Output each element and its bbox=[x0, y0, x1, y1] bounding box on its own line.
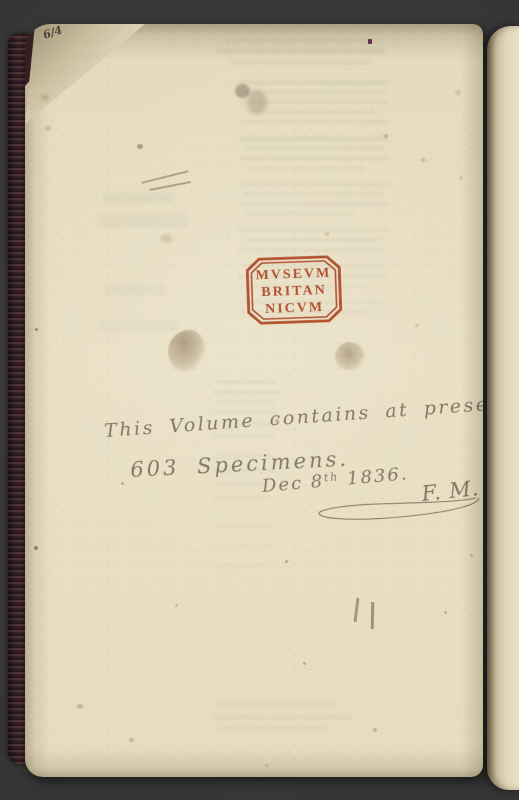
show-through-line bbox=[245, 146, 385, 150]
show-through-line bbox=[213, 482, 269, 486]
foxing-spot bbox=[303, 662, 306, 665]
show-through-line bbox=[241, 120, 389, 124]
show-through-line bbox=[245, 110, 375, 114]
foxing-spot bbox=[137, 144, 143, 149]
photo-backdrop: 6/4 MVSEVM BRITAN NICVM This Volume cont… bbox=[0, 0, 519, 800]
show-through-line bbox=[213, 564, 267, 568]
show-through-line bbox=[230, 60, 370, 65]
show-through-line bbox=[213, 714, 353, 720]
show-through-line bbox=[219, 726, 329, 731]
foxing-spot bbox=[77, 704, 83, 709]
foxing-spot bbox=[459, 176, 463, 180]
foxing-spot bbox=[421, 158, 425, 162]
show-through-line bbox=[239, 182, 391, 186]
foxing-spot bbox=[41, 94, 49, 101]
paste-stain-right bbox=[335, 342, 365, 371]
foxing-spot bbox=[34, 546, 38, 550]
foxing-spot bbox=[325, 232, 329, 236]
pencil-scratch bbox=[149, 181, 191, 190]
pencil-mark bbox=[354, 598, 359, 622]
date-prefix: Dec 8 bbox=[261, 471, 325, 497]
show-through-line bbox=[211, 434, 273, 438]
foxing-spot bbox=[265, 764, 269, 767]
show-through-line bbox=[239, 136, 389, 141]
show-through-line bbox=[97, 214, 187, 228]
show-through-line bbox=[245, 212, 355, 216]
show-through-line bbox=[215, 48, 385, 54]
inscription-line-1: This Volume contains at present bbox=[103, 391, 483, 442]
show-through-line bbox=[211, 544, 271, 548]
foxing-spot bbox=[415, 324, 419, 327]
foxing-spot bbox=[384, 134, 388, 138]
show-through-line bbox=[240, 156, 390, 160]
adjacent-page-edge bbox=[487, 26, 519, 790]
foxing-spot bbox=[444, 611, 447, 614]
show-through-line bbox=[215, 380, 275, 384]
show-through-line bbox=[243, 238, 381, 242]
date-ordinal-suffix: th bbox=[323, 470, 339, 484]
show-through-line bbox=[211, 390, 281, 394]
pencil-scratch bbox=[142, 170, 189, 183]
foxing-spot bbox=[175, 604, 178, 607]
foxing-spot bbox=[247, 90, 267, 114]
show-through-line bbox=[99, 320, 179, 332]
date-year: 1836. bbox=[339, 463, 410, 490]
foxing-spot bbox=[161, 234, 172, 243]
page-corner-curl bbox=[25, 24, 150, 129]
show-through-line bbox=[105, 284, 165, 296]
stamp-line-3: NICVM bbox=[265, 300, 324, 317]
foxing-spot bbox=[455, 90, 461, 95]
show-through-line bbox=[239, 228, 389, 232]
show-through-line bbox=[243, 90, 388, 94]
show-through-line bbox=[239, 100, 389, 104]
purple-ink-dot bbox=[368, 39, 372, 44]
british-museum-stamp: MVSEVM BRITAN NICVM bbox=[245, 254, 343, 325]
show-through-line bbox=[217, 702, 337, 708]
foxing-spot bbox=[35, 328, 38, 331]
book-page: 6/4 MVSEVM BRITAN NICVM This Volume cont… bbox=[25, 24, 483, 777]
show-through-line bbox=[225, 38, 375, 43]
show-through-line bbox=[240, 80, 390, 85]
show-through-line bbox=[103, 192, 173, 204]
stamp-octagon-icon: MVSEVM BRITAN NICVM bbox=[245, 254, 343, 325]
foxing-spot bbox=[129, 738, 134, 742]
foxing-spot bbox=[373, 728, 377, 732]
show-through-line bbox=[213, 400, 277, 404]
foxing-spot bbox=[285, 560, 288, 563]
show-through-line bbox=[243, 192, 385, 196]
pencil-mark bbox=[371, 602, 374, 629]
foxing-spot bbox=[45, 126, 51, 131]
foxing-spot bbox=[121, 482, 124, 485]
show-through-line bbox=[239, 248, 385, 252]
stamp-line-1: MVSEVM bbox=[255, 266, 331, 284]
show-through-line bbox=[239, 202, 389, 206]
show-through-line bbox=[247, 166, 367, 170]
signature-flourish-icon bbox=[312, 492, 483, 527]
foxing-spot bbox=[235, 84, 250, 98]
curled-paper-corner bbox=[25, 24, 147, 126]
paste-stain-left bbox=[168, 330, 206, 372]
foxing-spot bbox=[470, 554, 473, 557]
show-through-line bbox=[213, 524, 271, 528]
stamp-line-2: BRITAN bbox=[261, 283, 327, 300]
corner-shelfmark: 6/4 bbox=[42, 24, 64, 40]
